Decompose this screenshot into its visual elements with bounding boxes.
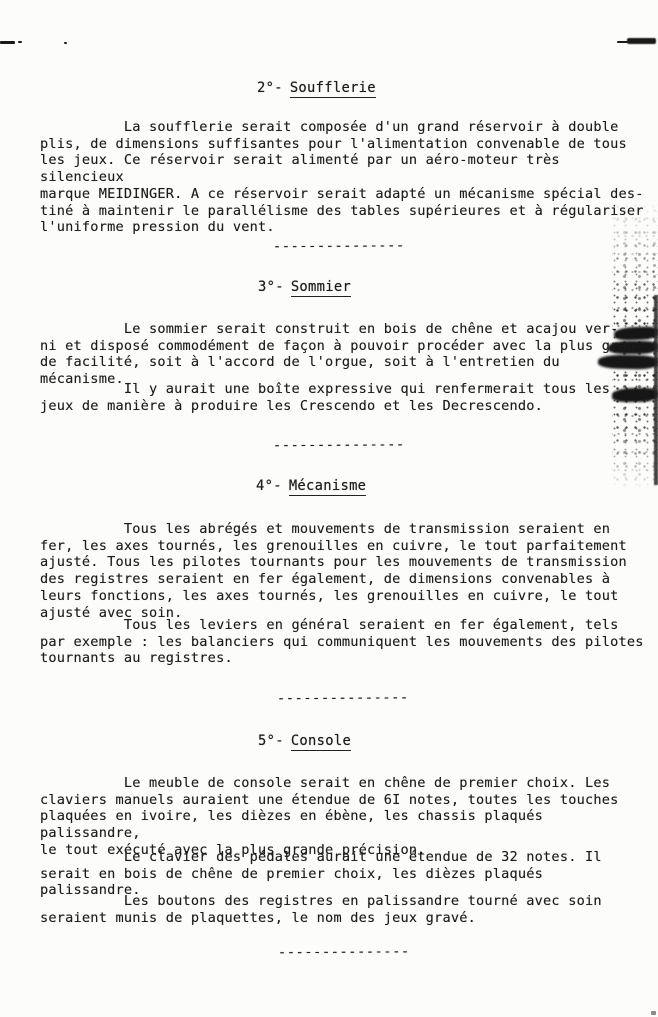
- scanned-document-page: 2°-Soufflerie La soufflerie serait compo…: [0, 0, 658, 1017]
- section-heading-sommier: 3°-Sommier: [258, 279, 351, 295]
- section-heading-console: 5°-Console: [258, 733, 351, 749]
- section-separator: ---------------: [273, 438, 405, 453]
- scan-mark-top-left-dash: [0, 41, 15, 44]
- heading-title: Console: [291, 733, 351, 751]
- section-heading-mecanisme: 4°-Mécanisme: [256, 478, 366, 494]
- heading-number: 5°-: [258, 733, 284, 749]
- section-separator: ---------------: [273, 239, 405, 254]
- heading-number: 4°-: [256, 478, 282, 494]
- scan-mark-top-left-dot2: [64, 42, 67, 44]
- heading-title: Sommier: [291, 279, 351, 297]
- heading-title: Soufflerie: [290, 80, 376, 98]
- heading-number: 2°-: [257, 80, 283, 96]
- paragraph-mecanisme-2: Tous les leviers en général seraient en …: [40, 617, 652, 667]
- heading-number: 3°-: [258, 279, 284, 295]
- section-heading-soufflerie: 2°-Soufflerie: [257, 80, 376, 96]
- paragraph-console-2: Le clavier des pédales aurait une étendu…: [40, 849, 652, 899]
- paragraph-console-3: Les boutons des registres en palissandre…: [40, 893, 652, 926]
- paragraph-sommier-1: Le sommier serait construit en bois de c…: [40, 321, 652, 388]
- scan-mark-bottom-right-dot: [651, 1011, 656, 1015]
- paragraph-mecanisme-1: Tous les abrégés et mouvements de transm…: [40, 521, 652, 621]
- heading-title: Mécanisme: [289, 478, 366, 496]
- scan-mark-top-right-dash-thin: [617, 41, 628, 43]
- scan-mark-top-right-dash: [627, 38, 656, 44]
- paragraph-soufflerie-1: La soufflerie serait composée d'un grand…: [40, 119, 652, 236]
- section-separator: ---------------: [277, 691, 409, 706]
- ink-smudge-edge-streak: [654, 295, 658, 485]
- section-separator: ---------------: [278, 945, 410, 960]
- scan-mark-top-left-dot: [18, 41, 22, 43]
- paragraph-sommier-2: Il y aurait une boîte expressive qui ren…: [40, 381, 652, 414]
- paragraph-console-1: Le meuble de console serait en chêne de …: [40, 775, 652, 859]
